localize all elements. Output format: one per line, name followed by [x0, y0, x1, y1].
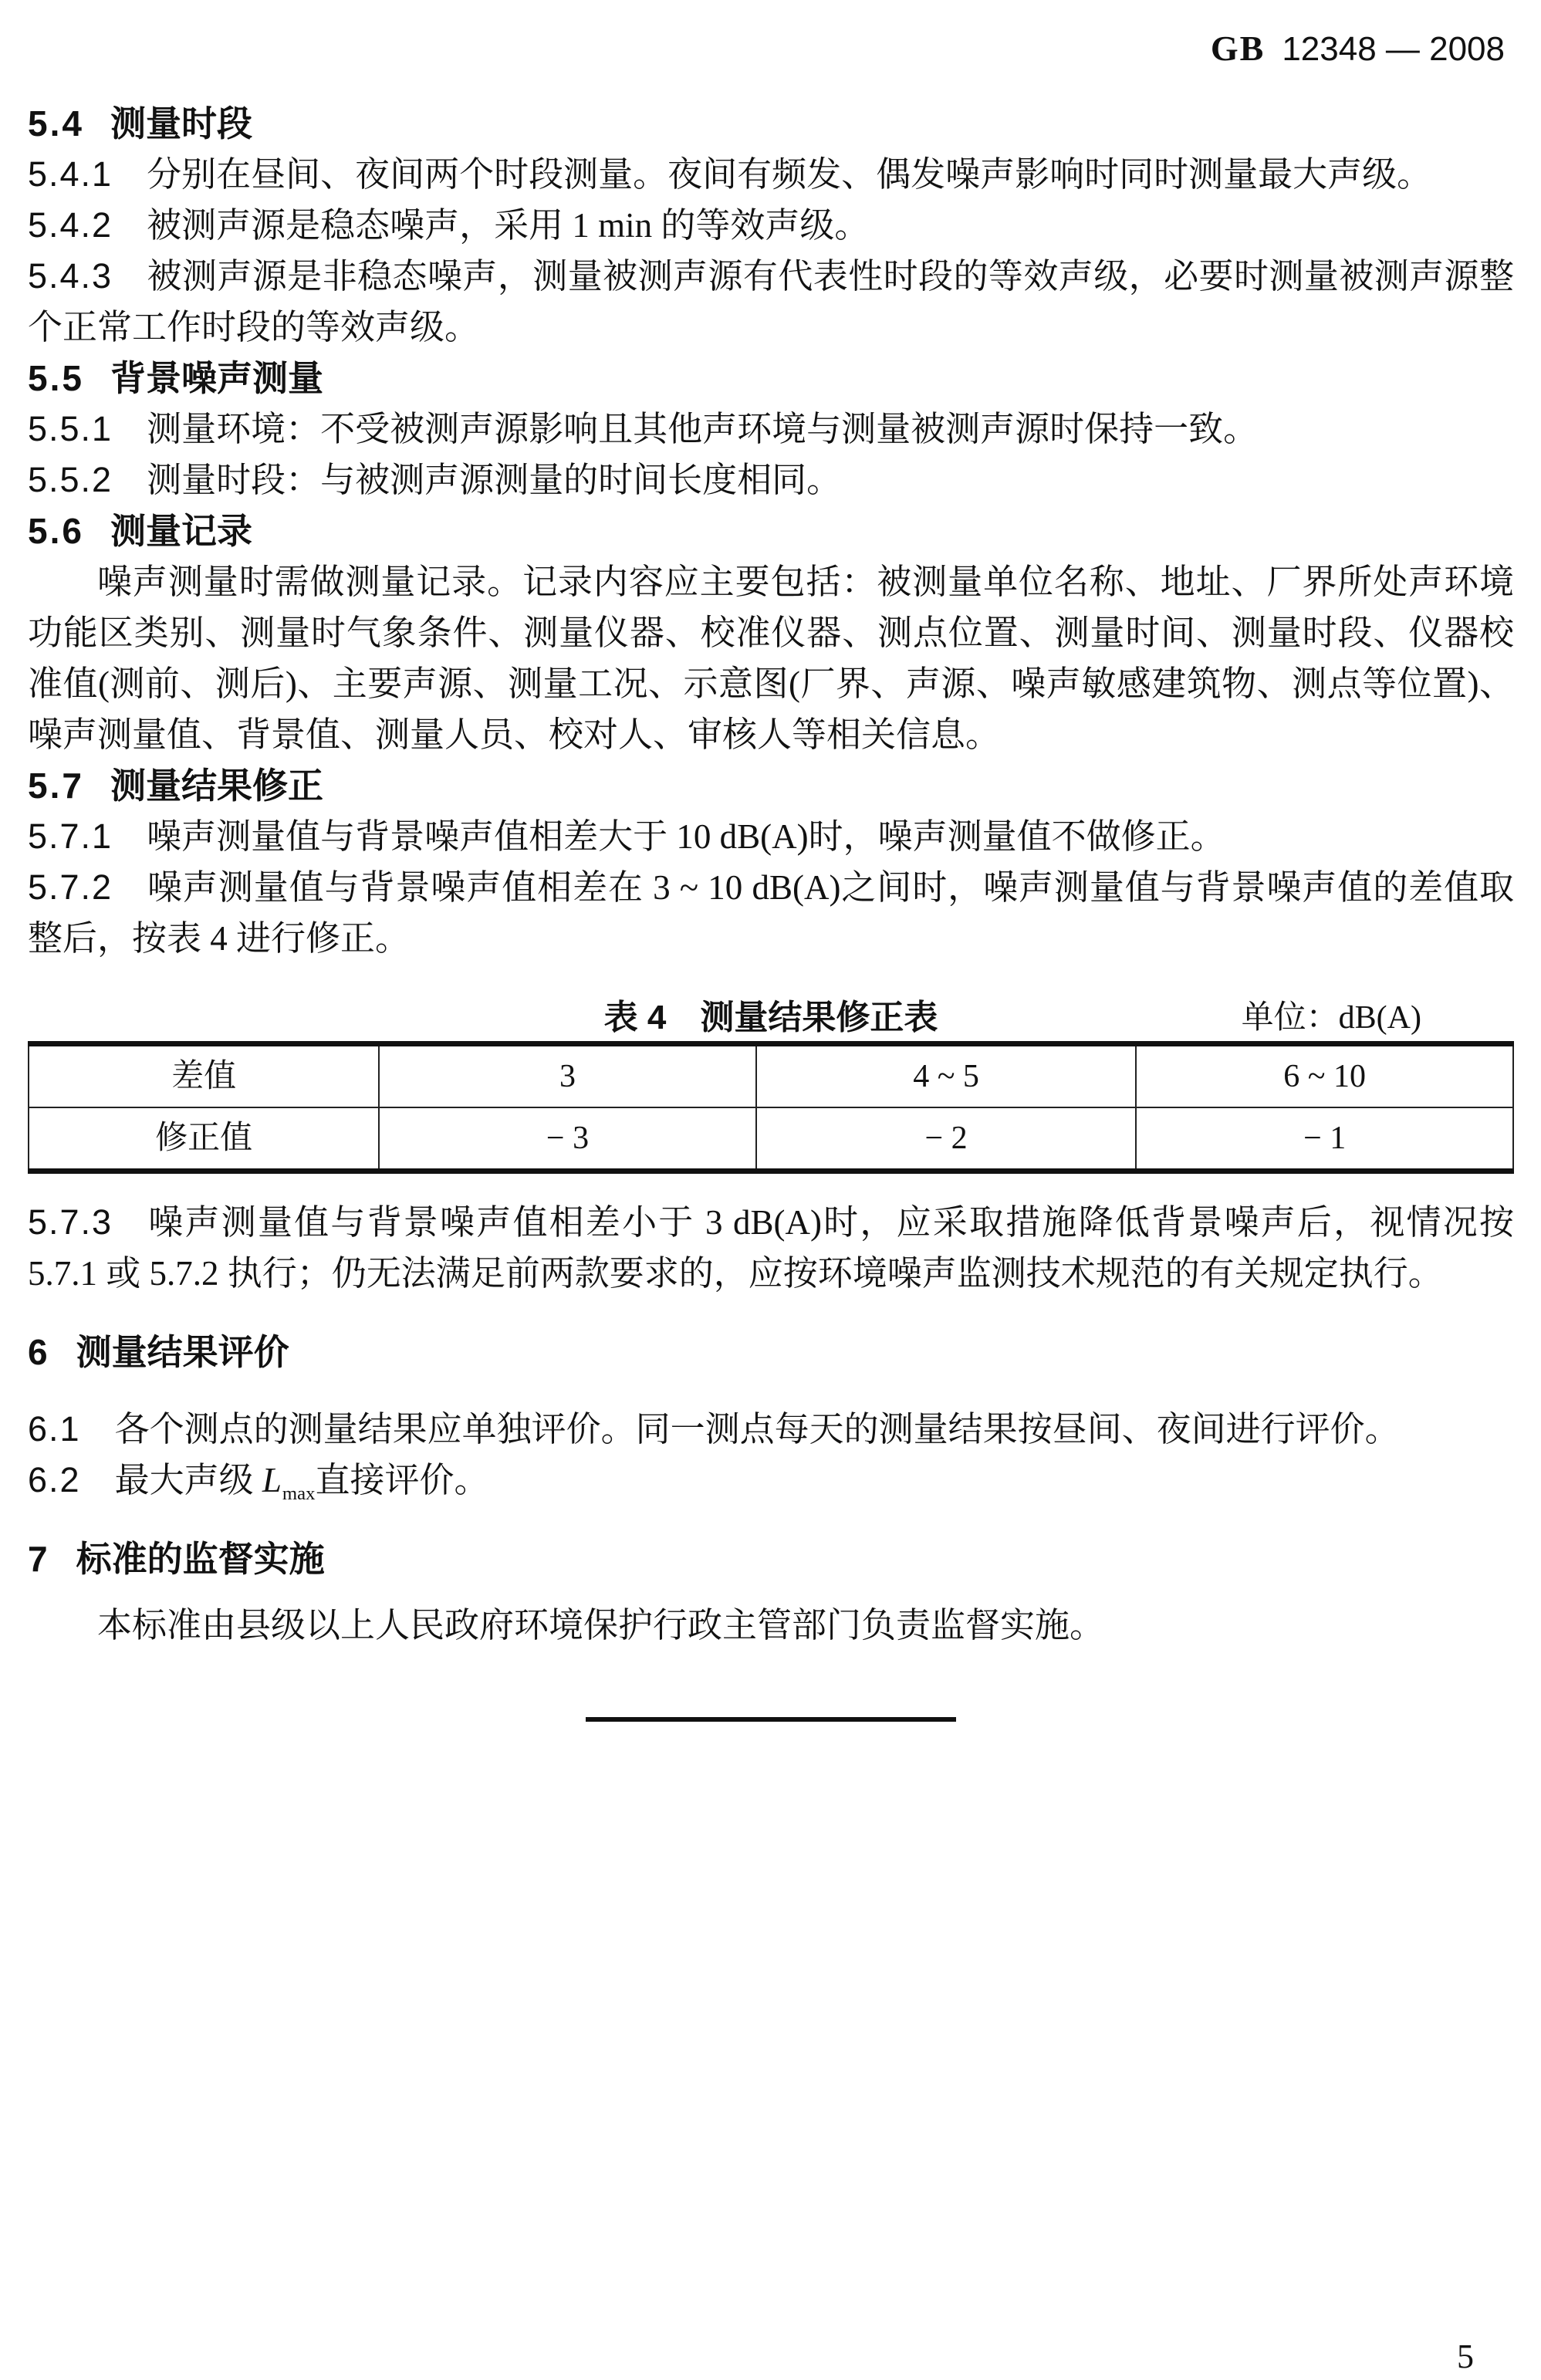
- table4-cell: 4 ~ 5: [756, 1044, 1136, 1108]
- clause-5-5-1-number: 5.5.1: [28, 409, 113, 448]
- heading-6: 6测量结果评价: [28, 1327, 1514, 1378]
- clause-5-7-2: 5.7.2噪声测量值与背景噪声值相差在 3 ~ 10 dB(A)之间时，噪声测量…: [28, 862, 1514, 964]
- heading-5-5-title: 背景噪声测量: [110, 358, 323, 398]
- clause-5-4-2-text: 被测声源是稳态噪声，采用 1 min 的等效声级。: [147, 206, 869, 245]
- lmax-symbol: Lmax: [262, 1461, 316, 1499]
- lmax-symbol-letter: L: [262, 1461, 282, 1499]
- heading-7-title: 标准的监督实施: [76, 1539, 325, 1579]
- heading-6-title: 测量结果评价: [76, 1332, 289, 1372]
- heading-6-number: 6: [28, 1332, 50, 1372]
- clause-5-4-2: 5.4.2被测声源是稳态噪声，采用 1 min 的等效声级。: [28, 200, 1514, 251]
- table4-cell: − 2: [756, 1107, 1136, 1171]
- clause-5-5-2-number: 5.5.2: [28, 460, 113, 499]
- doc-code-number: 12348 — 2008: [1282, 30, 1505, 68]
- heading-5-7: 5.7测量结果修正: [28, 760, 1514, 811]
- clause-6-2-text-before: 最大声级: [115, 1461, 254, 1499]
- table4-cell: 3: [379, 1044, 756, 1108]
- table4-cell: − 3: [379, 1107, 756, 1171]
- clause-5-4-1-number: 5.4.1: [28, 154, 113, 194]
- heading-5-4: 5.4测量时段: [28, 98, 1514, 149]
- clause-5-7-1-number: 5.7.1: [28, 816, 113, 856]
- clause-6-1: 6.1各个测点的测量结果应单独评价。同一测点每天的测量结果按昼间、夜间进行评价。: [28, 1404, 1514, 1455]
- clause-5-4-3: 5.4.3被测声源是非稳态噪声，测量被测声源有代表性时段的等效声级，必要时测量被…: [28, 251, 1514, 353]
- clause-5-4-2-number: 5.4.2: [28, 205, 113, 245]
- heading-7: 7标准的监督实施: [28, 1533, 1514, 1584]
- lmax-symbol-subscript: max: [282, 1483, 316, 1504]
- heading-5-4-title: 测量时段: [110, 103, 252, 144]
- clause-5-7-2-number: 5.7.2: [28, 867, 113, 907]
- table4-cell: 修正值: [29, 1107, 379, 1171]
- page-number: 5: [1457, 2340, 1474, 2374]
- heading-5-6-number: 5.6: [28, 511, 84, 551]
- clause-6-2-text-after: 直接评价。: [315, 1461, 488, 1499]
- clause-5-5-2: 5.5.2测量时段：与被测声源测量的时间长度相同。: [28, 455, 1514, 505]
- table4-cell: 6 ~ 10: [1136, 1044, 1513, 1108]
- table4-unit-label: 单位：dB(A): [1242, 995, 1421, 1041]
- table4-row-correction: 修正值 − 3 − 2 − 1: [29, 1107, 1513, 1171]
- clause-6-1-text: 各个测点的测量结果应单独评价。同一测点每天的测量结果按昼间、夜间进行评价。: [115, 1410, 1400, 1449]
- heading-5-6-title: 测量记录: [110, 511, 252, 551]
- clause-5-4-1: 5.4.1分别在昼间、夜间两个时段测量。夜间有频发、偶发噪声影响时同时测量最大声…: [28, 149, 1514, 200]
- clause-5-7-2-text: 噪声测量值与背景噪声值相差在 3 ~ 10 dB(A)之间时，噪声测量值与背景噪…: [28, 868, 1514, 958]
- clause-5-7-3-text: 噪声测量值与背景噪声值相差小于 3 dB(A)时，应采取措施降低背景噪声后，视情…: [28, 1203, 1514, 1293]
- table4-row-difference: 差值 3 4 ~ 5 6 ~ 10: [29, 1044, 1513, 1108]
- clause-5-4-1-text: 分别在昼间、夜间两个时段测量。夜间有频发、偶发噪声影响时同时测量最大声级。: [147, 155, 1431, 194]
- clause-5-7-3-number: 5.7.3: [28, 1202, 113, 1242]
- clause-7-paragraph: 本标准由县级以上人民政府环境保护行政主管部门负责监督实施。: [28, 1600, 1514, 1651]
- table4-header-row: 表 4 测量结果修正表 单位：dB(A): [28, 995, 1514, 1041]
- clause-5-5-1: 5.5.1测量环境：不受被测声源影响且其他声环境与测量被测声源时保持一致。: [28, 404, 1514, 455]
- heading-5-7-title: 测量结果修正: [110, 766, 323, 806]
- heading-5-5: 5.5背景噪声测量: [28, 353, 1514, 404]
- clause-5-6-paragraph: 噪声测量时需做测量记录。记录内容应主要包括：被测量单位名称、地址、厂界所处声环境…: [28, 556, 1514, 760]
- clause-5-7-1-text: 噪声测量值与背景噪声值相差大于 10 dB(A)时，噪声测量值不做修正。: [147, 817, 1225, 856]
- document-page: GB12348 — 2008 5.4测量时段 5.4.1分别在昼间、夜间两个时段…: [0, 0, 1541, 2380]
- clause-5-5-2-text: 测量时段：与被测声源测量的时间长度相同。: [147, 461, 841, 499]
- table4: 差值 3 4 ~ 5 6 ~ 10 修正值 − 3 − 2 − 1: [28, 1041, 1514, 1174]
- clause-5-5-1-text: 测量环境：不受被测声源影响且其他声环境与测量被测声源时保持一致。: [147, 410, 1258, 448]
- page-header: GB12348 — 2008: [28, 23, 1514, 75]
- clause-6-1-number: 6.1: [28, 1409, 81, 1449]
- clause-5-4-3-text: 被测声源是非稳态噪声，测量被测声源有代表性时段的等效声级，必要时测量被测声源整个…: [28, 257, 1514, 347]
- clause-6-2: 6.2最大声级Lmax直接评价。: [28, 1455, 1514, 1506]
- doc-code-prefix: GB: [1211, 29, 1265, 68]
- heading-5-6: 5.6测量记录: [28, 505, 1514, 556]
- heading-7-number: 7: [28, 1539, 50, 1579]
- clause-5-4-3-number: 5.4.3: [28, 256, 113, 296]
- table4-cell: 差值: [29, 1044, 379, 1108]
- table4-cell: − 1: [1136, 1107, 1513, 1171]
- heading-5-4-number: 5.4: [28, 103, 84, 144]
- heading-5-5-number: 5.5: [28, 358, 84, 398]
- heading-5-7-number: 5.7: [28, 766, 84, 806]
- clause-6-2-number: 6.2: [28, 1460, 81, 1499]
- clause-5-7-1: 5.7.1噪声测量值与背景噪声值相差大于 10 dB(A)时，噪声测量值不做修正…: [28, 811, 1514, 862]
- end-of-text-divider: [586, 1717, 956, 1722]
- clause-5-7-3: 5.7.3噪声测量值与背景噪声值相差小于 3 dB(A)时，应采取措施降低背景噪…: [28, 1197, 1514, 1299]
